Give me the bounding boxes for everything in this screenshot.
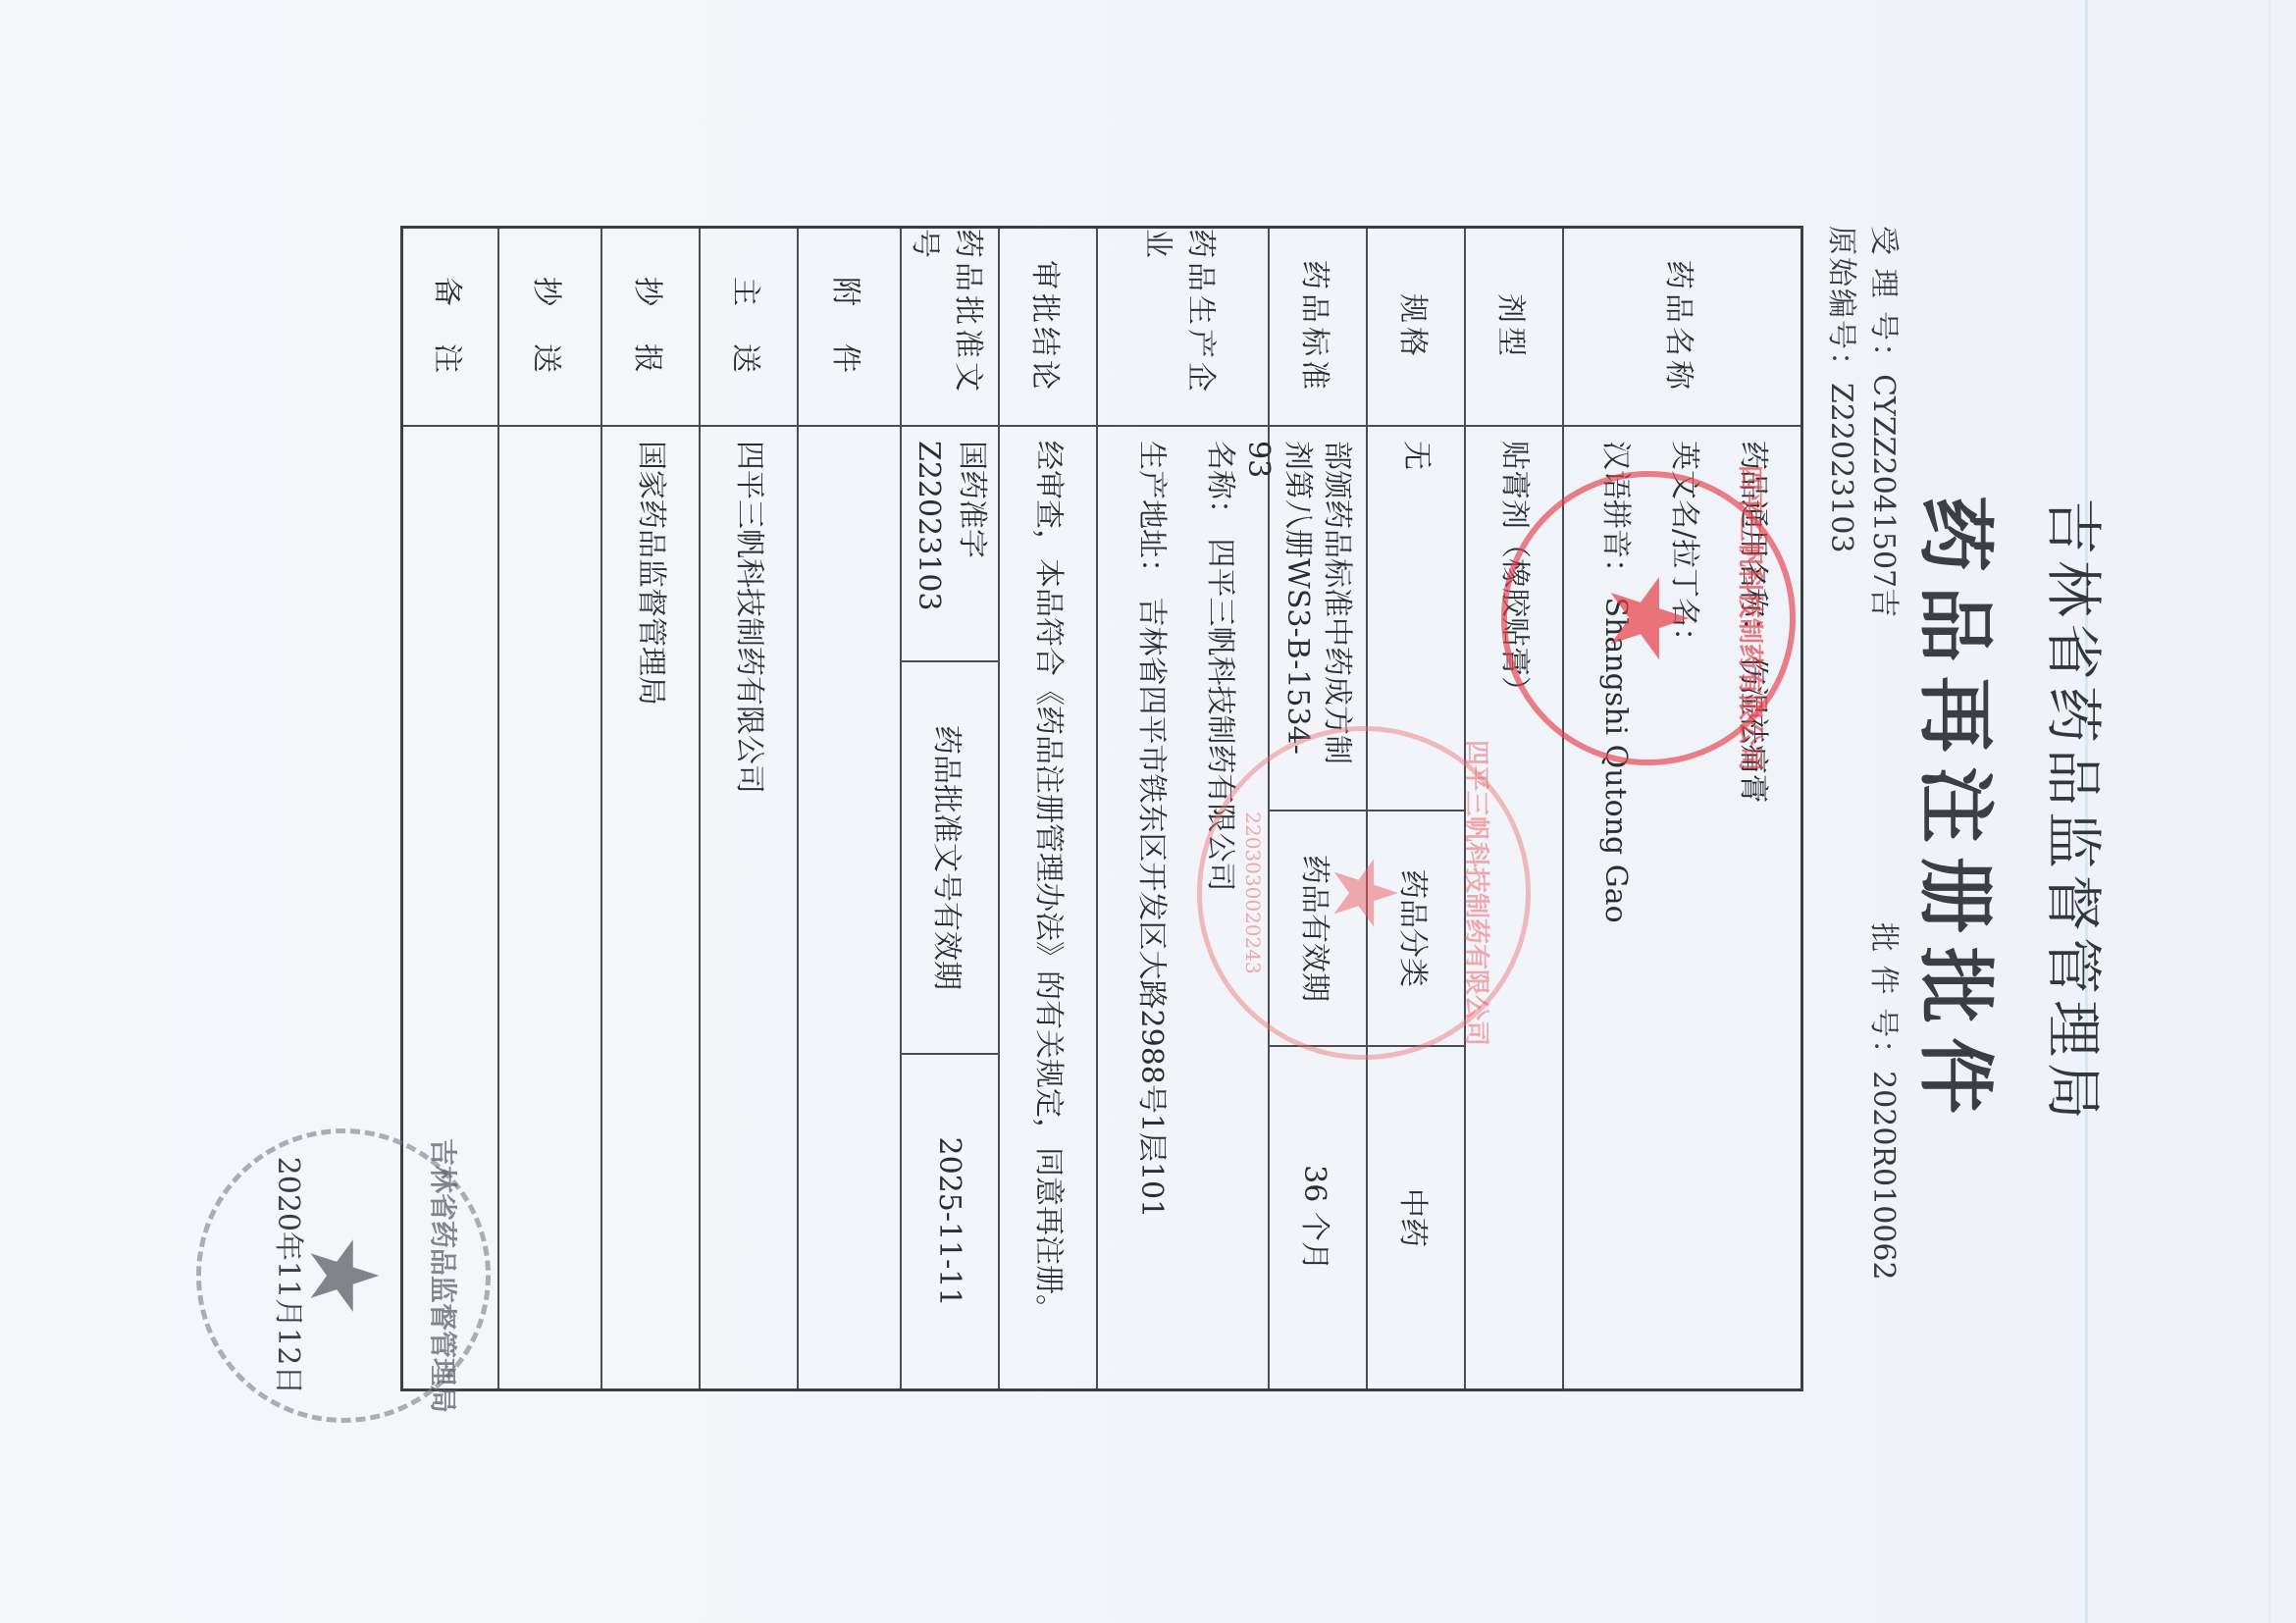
sub-value: 2025-11-11 [902, 1053, 998, 1388]
table-row-attachment: 附 件 [797, 229, 900, 1388]
row-value: 经审查，本品符合《药品注册管理办法》的有关规定，同意再注册。 [1000, 427, 1096, 1388]
row-label: 药品批准文号 [902, 229, 998, 427]
table-row-drug-name: 药品名称 药品通用名称： 伤湿祛痛膏 英文名/拉丁名： 汉语拼音： Shangs… [1562, 229, 1800, 1388]
row-label: 抄 报 [602, 229, 699, 427]
row-value: 国药准字Z22023103 [902, 427, 998, 658]
approval-number: 批 件 号：2020R010062 [1865, 922, 1908, 1281]
certificate-page: 吉林省药品监督管理局 药品再注册批件 原始编号：Z22023103 受 理 号：… [0, 0, 2296, 1623]
issue-date: 2020年11月12日 [270, 1157, 313, 1395]
sub-value: 中药 [1368, 1045, 1464, 1388]
star-icon: ★ [1320, 854, 1408, 933]
row-label: 抄 送 [499, 229, 600, 427]
table-row-cc: 抄 送 [497, 229, 600, 1388]
row-label: 备 注 [403, 229, 497, 427]
seal-code: 2203030020243 [1241, 811, 1265, 973]
table-row-conclusion: 审批结论 经审查，本品符合《药品注册管理办法》的有关规定，同意再注册。 [998, 229, 1096, 1388]
row-value: 四平三帆科技制药有限公司 [701, 427, 797, 1388]
row-value: 国家药品监督管理局 [602, 427, 699, 1388]
row-label: 附 件 [799, 229, 900, 427]
acceptance-number: 受 理 号：CYZZ2041507吉 [1865, 226, 1908, 617]
original-number-value: Z22023103 [1824, 383, 1858, 553]
row-label: 药品名称 [1564, 229, 1800, 427]
row-value [799, 427, 900, 1388]
original-number-label: 原始编号： [1824, 226, 1858, 383]
approval-number-value: 2020R010062 [1866, 1071, 1901, 1280]
acceptance-number-label: 受 理 号： [1866, 226, 1901, 374]
registration-seal: ★ 四平三帆科技制药有限公司 2203030020243 [1197, 726, 1531, 1060]
issuing-agency: 吉林省药品监督管理局 [2037, 0, 2119, 1623]
registration-table: 药品名称 药品通用名称： 伤湿祛痛膏 英文名/拉丁名： 汉语拼音： Shangs… [400, 226, 1803, 1391]
star-icon: ★ [1594, 570, 1702, 667]
seal-text: 吉林省药品监督管理局 [425, 1138, 464, 1413]
row-label: 剂型 [1466, 229, 1562, 427]
sub-value: 36 个月 [1270, 1045, 1366, 1388]
row-label: 药品标准 [1270, 229, 1366, 427]
row-value [499, 427, 600, 1388]
company-seal: ★ 四平三帆科技制药有限公司 [1501, 471, 1796, 765]
row-label: 规格 [1368, 229, 1464, 427]
original-number: 原始编号：Z22023103 [1823, 226, 1866, 553]
manufacturer-address-line: 生产地址： 吉林省四平市铁东区开发区大路2988号1层101 [1117, 441, 1185, 1375]
table-row-main-recipient: 主 送 四平三帆科技制药有限公司 [699, 229, 797, 1388]
table-row-approval-number: 药品批准文号 国药准字Z22023103 药品批准文号有效期 2025-11-1… [900, 229, 998, 1388]
document-title: 药品再注册批件 [1906, 0, 2016, 1623]
row-label: 药品生产企业 [1098, 229, 1268, 427]
seal-text: 四平三帆科技制药有限公司 [1734, 465, 1770, 771]
table-row-report-to: 抄 报 国家药品监督管理局 [600, 229, 699, 1388]
agency-seal: ★ 吉林省药品监督管理局 2020年11月12日 [196, 1128, 491, 1423]
approval-number-label: 批 件 号： [1866, 922, 1901, 1071]
acceptance-number-value: CYZZ2041507吉 [1866, 374, 1901, 617]
row-label: 主 送 [701, 229, 797, 427]
sub-label: 药品批准文号有效期 [902, 660, 998, 1053]
seal-text: 四平三帆科技制药有限公司 [1460, 740, 1496, 1046]
row-label: 审批结论 [1000, 229, 1096, 427]
